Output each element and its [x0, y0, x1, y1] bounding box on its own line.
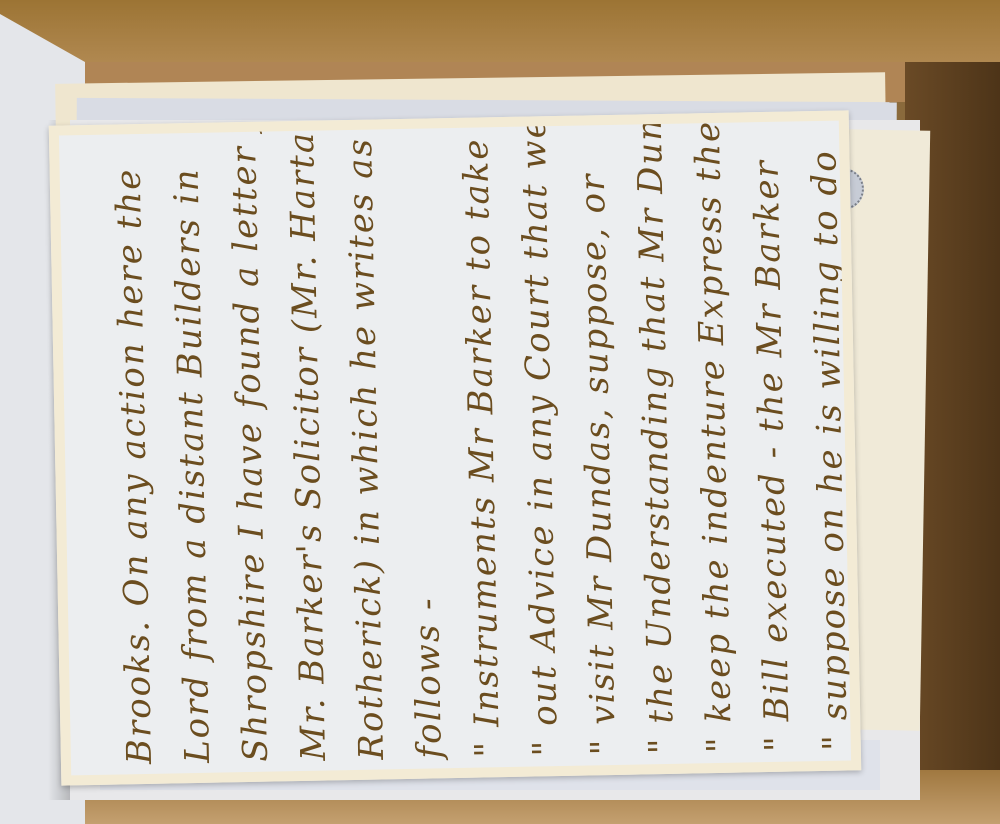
- letter-line: Rotherick) in which he writes as: [331, 119, 401, 760]
- box-lid-edge: [0, 0, 1000, 62]
- handwritten-letter: Brooks. On any action here the Lord from…: [49, 110, 862, 785]
- letter-text: Brooks. On any action here the Lord from…: [99, 114, 671, 765]
